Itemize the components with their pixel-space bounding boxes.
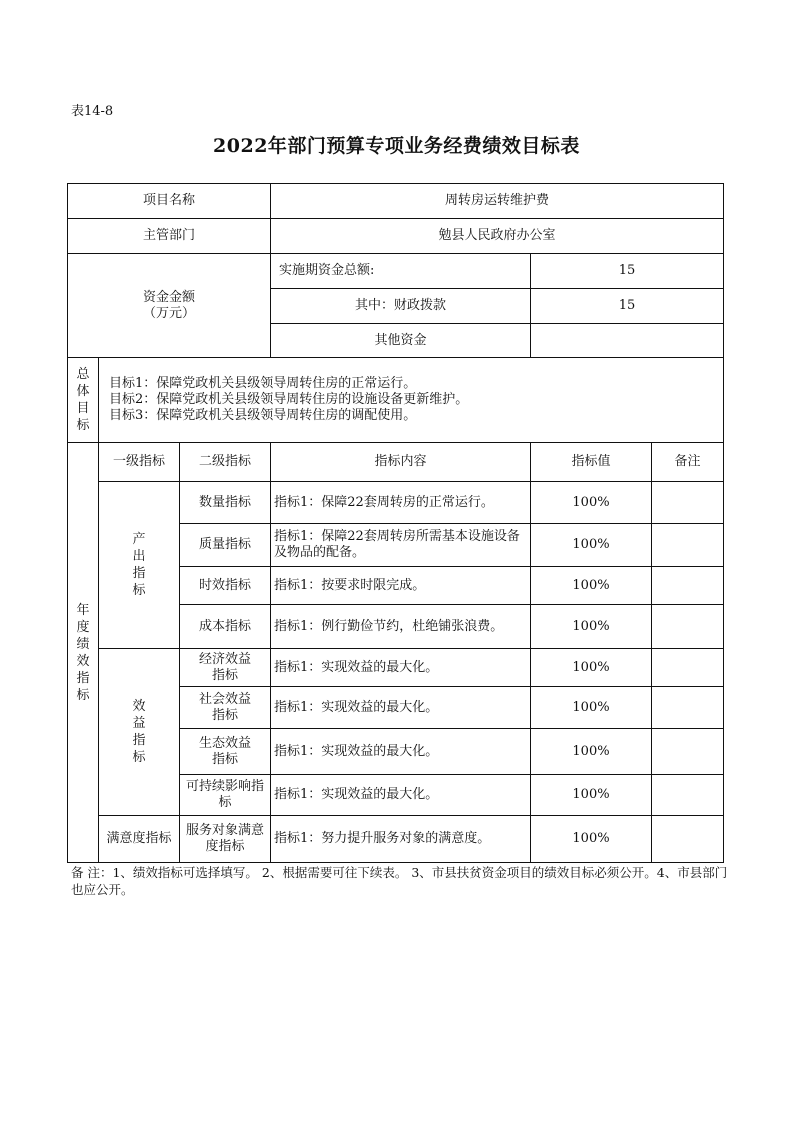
remark-cell bbox=[652, 605, 724, 649]
funds-total-value: 15 bbox=[531, 254, 724, 289]
value-cell: 100% bbox=[531, 729, 652, 775]
table-number: 表14-8 bbox=[71, 100, 113, 119]
level2-cell: 数量指标 bbox=[180, 482, 271, 524]
level1-output: 产出指标 bbox=[99, 482, 180, 649]
level2-cell: 生态效益指标 bbox=[180, 729, 271, 775]
level2-cell: 可持续影响指标 bbox=[180, 775, 271, 816]
content-cell: 指标1：按要求时限完成。 bbox=[271, 567, 531, 605]
table-row: 效益指标 经济效益指标 指标1：实现效益的最大化。 100% bbox=[68, 649, 724, 687]
project-name-label: 项目名称 bbox=[68, 184, 271, 219]
funds-row-total: 资金金额 （万元） 实施期资金总额: 15 bbox=[68, 254, 724, 289]
table-row: 满意度指标 服务对象满意度指标 指标1：努力提升服务对象的满意度。 100% bbox=[68, 816, 724, 863]
level1-satisfaction: 满意度指标 bbox=[99, 816, 180, 863]
content-cell: 指标1：实现效益的最大化。 bbox=[271, 729, 531, 775]
header-level1: 一级指标 bbox=[99, 443, 180, 482]
footnote: 备 注：1、绩效指标可选择填写。 2、根据需要可往下续表。 3、市县扶贫资金项目… bbox=[71, 864, 731, 898]
value-cell: 100% bbox=[531, 567, 652, 605]
funds-label-line1: 资金金额 bbox=[71, 290, 267, 306]
value-cell: 100% bbox=[531, 482, 652, 524]
value-cell: 100% bbox=[531, 775, 652, 816]
goal-item: 目标1：保障党政机关县级领导周转住房的正常运行。 bbox=[109, 376, 720, 392]
value-cell: 100% bbox=[531, 816, 652, 863]
funds-total-label: 实施期资金总额: bbox=[271, 254, 531, 289]
value-cell: 100% bbox=[531, 649, 652, 687]
remark-cell bbox=[652, 775, 724, 816]
content-cell: 指标1：例行勤俭节约，杜绝铺张浪费。 bbox=[271, 605, 531, 649]
remark-cell bbox=[652, 729, 724, 775]
level2-cell: 成本指标 bbox=[180, 605, 271, 649]
goal-item: 目标2：保障党政机关县级领导周转住房的设施设备更新维护。 bbox=[109, 392, 720, 408]
remark-cell bbox=[652, 482, 724, 524]
funds-fiscal-value: 15 bbox=[531, 289, 724, 324]
goal-item: 目标3：保障党政机关县级领导周转住房的调配使用。 bbox=[109, 408, 720, 424]
content-cell: 指标1：保障22套周转房的正常运行。 bbox=[271, 482, 531, 524]
remark-cell bbox=[652, 816, 724, 863]
value-cell: 100% bbox=[531, 687, 652, 729]
funds-other-label: 其他资金 bbox=[271, 324, 531, 358]
project-name-value: 周转房运转维护费 bbox=[271, 184, 724, 219]
level2-cell: 时效指标 bbox=[180, 567, 271, 605]
remark-cell bbox=[652, 524, 724, 567]
level2-cell: 服务对象满意度指标 bbox=[180, 816, 271, 863]
department-row: 主管部门 勉县人民政府办公室 bbox=[68, 219, 724, 254]
level2-cell: 经济效益指标 bbox=[180, 649, 271, 687]
overall-goals-content: 目标1：保障党政机关县级领导周转住房的正常运行。 目标2：保障党政机关县级领导周… bbox=[99, 358, 724, 443]
level2-cell: 社会效益指标 bbox=[180, 687, 271, 729]
level2-cell: 质量指标 bbox=[180, 524, 271, 567]
content-cell: 指标1：努力提升服务对象的满意度。 bbox=[271, 816, 531, 863]
header-value: 指标值 bbox=[531, 443, 652, 482]
header-remark: 备注 bbox=[652, 443, 724, 482]
content-cell: 指标1：实现效益的最大化。 bbox=[271, 649, 531, 687]
funds-other-value bbox=[531, 324, 724, 358]
level1-benefit: 效益指标 bbox=[99, 649, 180, 816]
value-cell: 100% bbox=[531, 524, 652, 567]
overall-goals-row: 总体目标 目标1：保障党政机关县级领导周转住房的正常运行。 目标2：保障党政机关… bbox=[68, 358, 724, 443]
header-level2: 二级指标 bbox=[180, 443, 271, 482]
content-cell: 指标1：实现效益的最大化。 bbox=[271, 687, 531, 729]
overall-goals-label: 总体目标 bbox=[68, 358, 99, 443]
funds-fiscal-label: 其中：财政拨款 bbox=[271, 289, 531, 324]
content-cell: 指标1：保障22套周转房所需基本设施设备及物品的配备。 bbox=[271, 524, 531, 567]
funds-label: 资金金额 （万元） bbox=[68, 254, 271, 358]
table-row: 产出指标 数量指标 指标1：保障22套周转房的正常运行。 100% bbox=[68, 482, 724, 524]
content-cell: 指标1：实现效益的最大化。 bbox=[271, 775, 531, 816]
header-content: 指标内容 bbox=[271, 443, 531, 482]
performance-table: 项目名称 周转房运转维护费 主管部门 勉县人民政府办公室 资金金额 （万元） 实… bbox=[67, 183, 724, 863]
indicator-header-row: 年度绩效指标 一级指标 二级指标 指标内容 指标值 备注 bbox=[68, 443, 724, 482]
department-value: 勉县人民政府办公室 bbox=[271, 219, 724, 254]
value-cell: 100% bbox=[531, 605, 652, 649]
remark-cell bbox=[652, 649, 724, 687]
annual-indicators-label: 年度绩效指标 bbox=[68, 443, 99, 863]
project-name-row: 项目名称 周转房运转维护费 bbox=[68, 184, 724, 219]
page-title: 2022年部门预算专项业务经费绩效目标表 bbox=[0, 131, 793, 158]
department-label: 主管部门 bbox=[68, 219, 271, 254]
remark-cell bbox=[652, 567, 724, 605]
remark-cell bbox=[652, 687, 724, 729]
funds-label-line2: （万元） bbox=[71, 306, 267, 322]
